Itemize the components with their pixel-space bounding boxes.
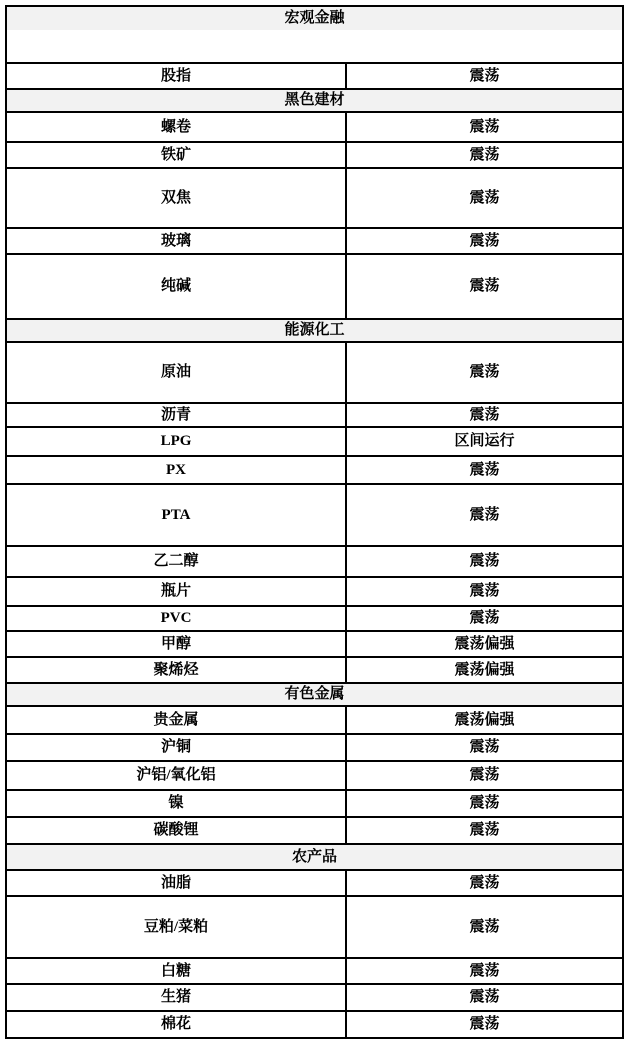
outlook-cell: 震荡 — [346, 403, 623, 427]
commodity-cell: 油脂 — [6, 870, 346, 896]
outlook-cell: 震荡偏强 — [346, 631, 623, 657]
commodity-cell: 双焦 — [6, 168, 346, 228]
outlook-cell: 区间运行 — [346, 427, 623, 456]
section-row: 黑色建材 — [6, 89, 623, 112]
commodity-cell: 棉花 — [6, 1011, 346, 1038]
outlook-cell: 震荡 — [346, 1011, 623, 1038]
outlook-cell: 震荡 — [346, 958, 623, 984]
table-row: 碳酸锂震荡 — [6, 817, 623, 844]
table-row: 原油震荡 — [6, 342, 623, 403]
table-row: PVC震荡 — [6, 606, 623, 631]
table-row: 甲醇震荡偏强 — [6, 631, 623, 657]
section-row: 能源化工 — [6, 319, 623, 342]
outlook-cell: 震荡 — [346, 63, 623, 89]
commodity-cell: 沪铝/氧化铝 — [6, 761, 346, 790]
table-body: 宏观金融股指震荡黑色建材螺卷震荡铁矿震荡双焦震荡玻璃震荡纯碱震荡能源化工原油震荡… — [6, 6, 623, 1038]
table-row: LPG区间运行 — [6, 427, 623, 456]
table-row: 股指震荡 — [6, 63, 623, 89]
commodity-cell: 沥青 — [6, 403, 346, 427]
section-row: 有色金属 — [6, 683, 623, 706]
commodity-cell: 乙二醇 — [6, 546, 346, 577]
commodity-cell: 甲醇 — [6, 631, 346, 657]
table-row: 双焦震荡 — [6, 168, 623, 228]
outlook-cell: 震荡偏强 — [346, 657, 623, 683]
table-row: 豆粕/菜粕震荡 — [6, 896, 623, 958]
outlook-cell: 震荡 — [346, 228, 623, 254]
commodity-cell: 纯碱 — [6, 254, 346, 319]
table-row: 贵金属震荡偏强 — [6, 706, 623, 734]
commodity-cell: 原油 — [6, 342, 346, 403]
table-row: 聚烯烃震荡偏强 — [6, 657, 623, 683]
blank-cell — [6, 30, 623, 63]
commodity-cell: 瓶片 — [6, 577, 346, 606]
table-row: 镍震荡 — [6, 790, 623, 817]
outlook-cell: 震荡 — [346, 168, 623, 228]
commodity-cell: 贵金属 — [6, 706, 346, 734]
outlook-cell: 震荡 — [346, 870, 623, 896]
outlook-cell: 震荡 — [346, 896, 623, 958]
report-page: 宏观金融股指震荡黑色建材螺卷震荡铁矿震荡双焦震荡玻璃震荡纯碱震荡能源化工原油震荡… — [0, 0, 627, 1042]
commodity-cell: 沪铜 — [6, 734, 346, 761]
table-row: 沪铝/氧化铝震荡 — [6, 761, 623, 790]
table-row: 铁矿震荡 — [6, 142, 623, 168]
table-row: 白糖震荡 — [6, 958, 623, 984]
commodity-cell: 白糖 — [6, 958, 346, 984]
section-header-cell: 宏观金融 — [6, 6, 623, 30]
section-row: 农产品 — [6, 844, 623, 870]
blank-row — [6, 30, 623, 63]
commodity-cell: PTA — [6, 484, 346, 546]
table-row: PX震荡 — [6, 456, 623, 484]
commodity-cell: 股指 — [6, 63, 346, 89]
table-row: 乙二醇震荡 — [6, 546, 623, 577]
outlook-cell: 震荡 — [346, 761, 623, 790]
table-row: 油脂震荡 — [6, 870, 623, 896]
commodity-cell: 碳酸锂 — [6, 817, 346, 844]
commodity-cell: 生猪 — [6, 984, 346, 1011]
outlook-cell: 震荡 — [346, 142, 623, 168]
outlook-cell: 震荡 — [346, 577, 623, 606]
commodity-cell: 螺卷 — [6, 112, 346, 142]
outlook-cell: 震荡 — [346, 734, 623, 761]
outlook-cell: 震荡 — [346, 456, 623, 484]
outlook-cell: 震荡 — [346, 342, 623, 403]
commodity-cell: 玻璃 — [6, 228, 346, 254]
table-row: 沪铜震荡 — [6, 734, 623, 761]
outlook-cell: 震荡 — [346, 112, 623, 142]
outlook-cell: 震荡 — [346, 484, 623, 546]
table-row: 玻璃震荡 — [6, 228, 623, 254]
table-row: 瓶片震荡 — [6, 577, 623, 606]
section-header-cell: 能源化工 — [6, 319, 623, 342]
outlook-cell: 震荡偏强 — [346, 706, 623, 734]
outlook-cell: 震荡 — [346, 817, 623, 844]
outlook-cell: 震荡 — [346, 790, 623, 817]
commodity-cell: 聚烯烃 — [6, 657, 346, 683]
commodity-cell: PVC — [6, 606, 346, 631]
outlook-cell: 震荡 — [346, 606, 623, 631]
table-row: 纯碱震荡 — [6, 254, 623, 319]
section-header-cell: 黑色建材 — [6, 89, 623, 112]
outlook-cell: 震荡 — [346, 546, 623, 577]
table-row: 螺卷震荡 — [6, 112, 623, 142]
outlook-cell: 震荡 — [346, 984, 623, 1011]
commodity-cell: PX — [6, 456, 346, 484]
commodity-outlook-table: 宏观金融股指震荡黑色建材螺卷震荡铁矿震荡双焦震荡玻璃震荡纯碱震荡能源化工原油震荡… — [5, 5, 624, 1039]
section-header-cell: 农产品 — [6, 844, 623, 870]
commodity-cell: LPG — [6, 427, 346, 456]
commodity-cell: 豆粕/菜粕 — [6, 896, 346, 958]
table-row: 沥青震荡 — [6, 403, 623, 427]
outlook-cell: 震荡 — [346, 254, 623, 319]
table-row: PTA震荡 — [6, 484, 623, 546]
commodity-cell: 铁矿 — [6, 142, 346, 168]
commodity-cell: 镍 — [6, 790, 346, 817]
section-row: 宏观金融 — [6, 6, 623, 30]
table-row: 棉花震荡 — [6, 1011, 623, 1038]
section-header-cell: 有色金属 — [6, 683, 623, 706]
table-row: 生猪震荡 — [6, 984, 623, 1011]
